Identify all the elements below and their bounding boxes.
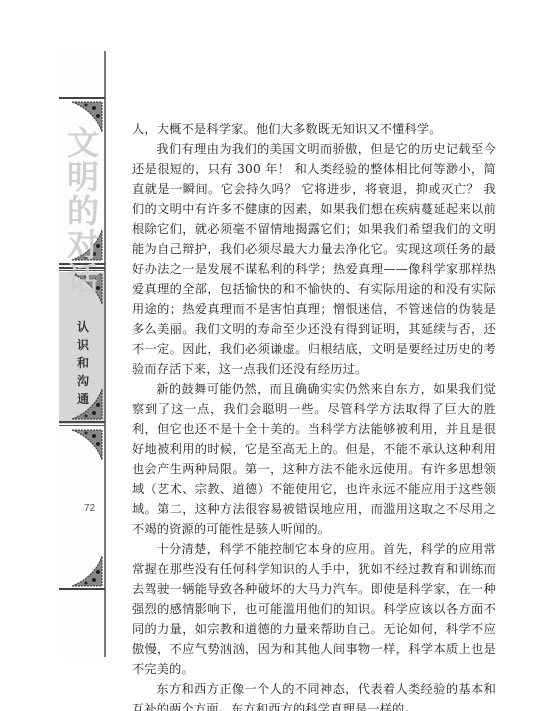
book-title-char: 对 [67,228,99,262]
band-bottom-rule-2 [59,425,105,426]
book-title-char: 的 [67,194,99,228]
bottom-rule [59,588,105,590]
paragraph: 东方和西方正像一个人的不同神态，代表着人类经验的基本和互补的两个方面。东方和西方… [132,679,496,711]
paragraph: 新的鼓舞可能仍然，而且确确实实仍然来自东方，如果我们觉察到了这一点，我们会聪明一… [132,379,496,539]
corner-ornament-icon [70,428,104,462]
paragraph: 十分清楚，科学不能控制它本身的应用。首先，科学的应用常常握在那些没有任何科学知识… [132,539,496,679]
vertical-divider [104,51,106,657]
page-number: 72 [84,503,95,514]
book-title-char: 话 [67,262,99,296]
book-title-char: 文 [67,126,99,160]
book-title-vertical: 文 明 的 对 话 [63,126,103,296]
body-text: 人，大概不是科学家。他们大多数既无知识又不懂科学。 我们有理由为我们的美国文明而… [132,119,496,711]
top-rule [59,97,105,99]
section-title-char: 和 [77,354,89,372]
section-title-char: 认 [77,318,89,336]
section-title-char: 沟 [77,372,89,390]
band-bottom-rule-1 [59,421,105,423]
paragraph: 人，大概不是科学家。他们大多数既无知识又不懂科学。 [132,119,496,139]
book-title-char: 明 [67,160,99,194]
paragraph: 我们有理由为我们的美国文明而骄傲，但是它的历史记载至今还是很短的，只有 300 … [132,139,496,379]
corner-ornament-icon [70,554,104,588]
section-title-char: 识 [77,336,89,354]
section-title-vertical: 认 识 和 沟 通 [68,318,98,408]
section-title-char: 通 [77,390,89,408]
